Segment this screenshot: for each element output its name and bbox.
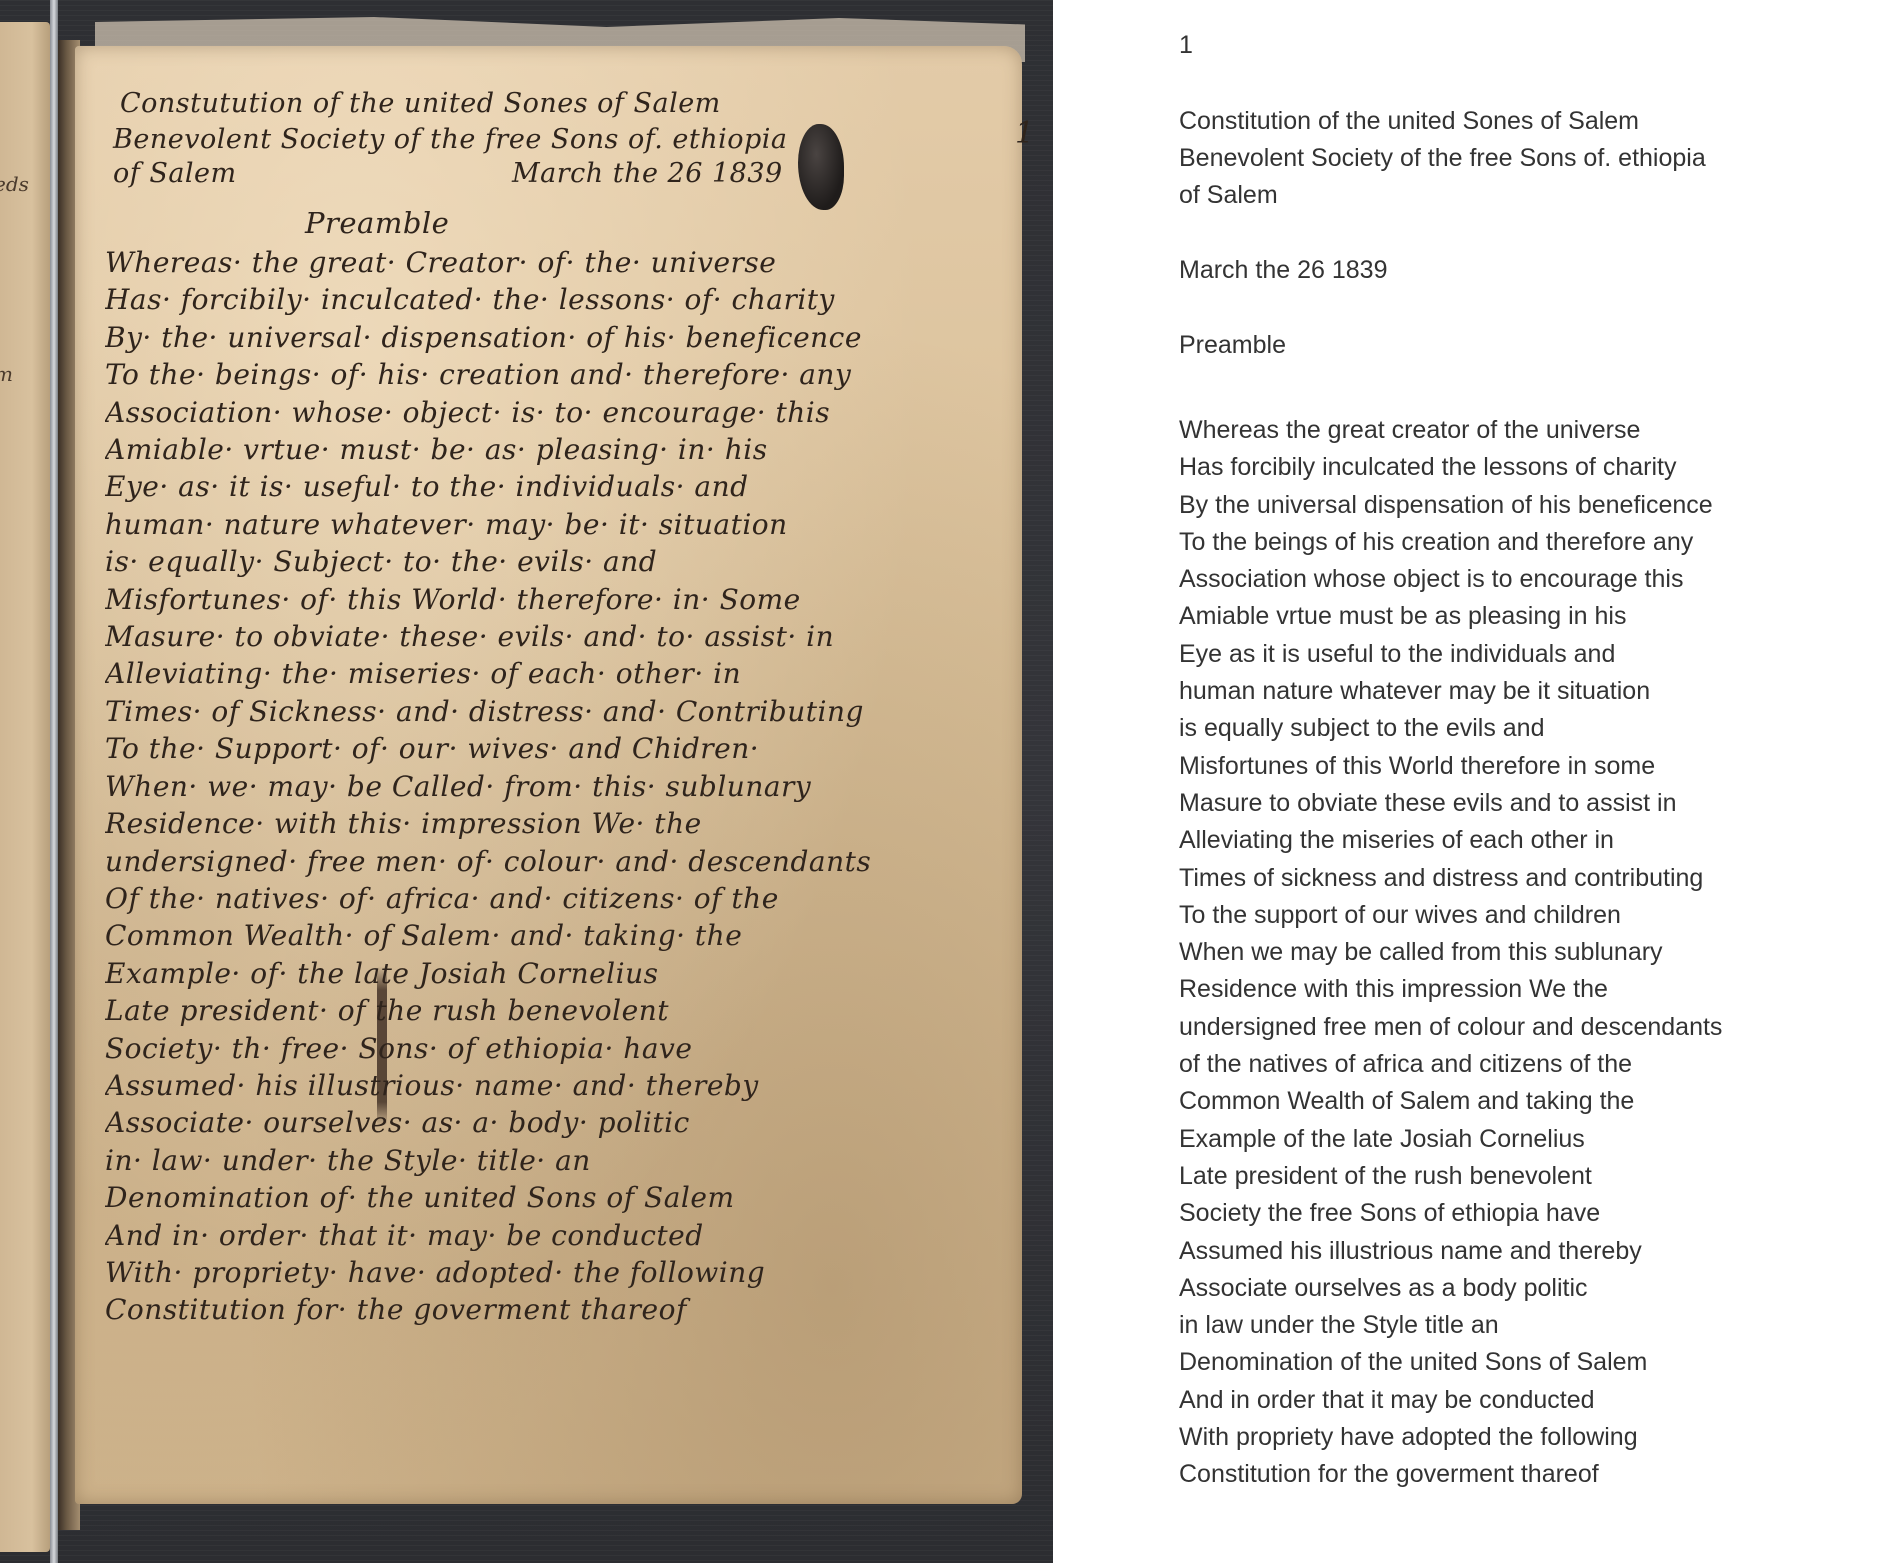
manuscript-line: is· equally· Subject· to· the· evils· an… [105, 543, 1005, 580]
transcription-line: Assumed his illustrious name and thereby [1179, 1233, 1722, 1270]
manuscript-heading-line: Benevolent Society of the free Sons of. … [113, 124, 788, 155]
manuscript-line: When· we· may· be Called· from· this· su… [105, 768, 1005, 805]
transcription-line: And in order that it may be conducted [1179, 1382, 1722, 1419]
manuscript-line: Society· th· free· Sons· of ethiopia· ha… [105, 1030, 1005, 1067]
facing-page-edge: eds m [0, 22, 50, 1552]
transcription-line: To the beings of his creation and theref… [1179, 524, 1722, 561]
transcription-title-line: of Salem [1179, 177, 1278, 214]
transcription-line: To the support of our wives and children [1179, 897, 1722, 934]
manuscript-page-number: 1 [1015, 116, 1035, 151]
transcription-line: Association whose object is to encourage… [1179, 561, 1722, 598]
manuscript-line: Has· forcibily· inculcated· the· lessons… [105, 281, 1005, 318]
manuscript-line: Of the· natives· of· africa· and· citize… [105, 880, 1005, 917]
manuscript-line: Common Wealth· of Salem· and· taking· th… [105, 917, 1005, 954]
transcription-line: Denomination of the united Sons of Salem [1179, 1344, 1722, 1381]
transcription-line: Whereas the great creator of the univers… [1179, 412, 1722, 449]
transcription-title-line: Benevolent Society of the free Sons of. … [1179, 140, 1706, 177]
manuscript-page: 1 Constutution of the united Sones of Sa… [75, 46, 1022, 1504]
binding-rod [50, 0, 58, 1563]
transcription-line: With propriety have adopted the followin… [1179, 1419, 1722, 1456]
manuscript-line: To the· beings· of· his· creation and· t… [105, 356, 1005, 393]
manuscript-line: Constitution for· the goverment thareof [105, 1291, 1005, 1328]
manuscript-line: Misfortunes· of· this World· therefore· … [105, 581, 1005, 618]
manuscript-line: human· nature whatever· may· be· it· sit… [105, 506, 1005, 543]
transcription-line: in law under the Style title an [1179, 1307, 1722, 1344]
manuscript-line: Masure· to obviate· these· evils· and· t… [105, 618, 1005, 655]
wax-seal [798, 124, 844, 210]
transcription-line: Has forcibily inculcated the lessons of … [1179, 449, 1722, 486]
transcription-line: undersigned free men of colour and desce… [1179, 1009, 1722, 1046]
transcription-body: Whereas the great creator of the univers… [1179, 412, 1722, 1494]
transcription-section-heading: Preamble [1179, 327, 1286, 364]
transcription-line: Common Wealth of Salem and taking the [1179, 1083, 1722, 1120]
manuscript-body: Whereas· the great· Creator· of· the· un… [105, 244, 1005, 1329]
transcription-line: Amiable vrtue must be as pleasing in his [1179, 598, 1722, 635]
manuscript-line: Eye· as· it is· useful· to the· individu… [105, 468, 1005, 505]
transcription-line: is equally subject to the evils and [1179, 710, 1722, 747]
transcription-date: March the 26 1839 [1179, 252, 1387, 289]
manuscript-line: in· law· under· the Style· title· an [105, 1142, 1005, 1179]
manuscript-heading-line: Constutution of the united Sones of Sale… [120, 88, 721, 119]
transcription-title-line: Constitution of the united Sones of Sale… [1179, 103, 1639, 140]
transcription-line: Alleviating the miseries of each other i… [1179, 822, 1722, 859]
transcription-line: Society the free Sons of ethiopia have [1179, 1195, 1722, 1232]
transcription-line: Associate ourselves as a body politic [1179, 1270, 1722, 1307]
facing-page-fragment: eds [0, 172, 29, 196]
transcription-line: Late president of the rush benevolent [1179, 1158, 1722, 1195]
manuscript-line: And in· order· that it· may· be conducte… [105, 1217, 1005, 1254]
manuscript-preamble-heading: Preamble [305, 206, 449, 240]
manuscript-line: Associate· ourselves· as· a· body· polit… [105, 1104, 1005, 1141]
manuscript-scan: eds m 1 Constutution of the united Sones… [0, 0, 1053, 1563]
manuscript-line: Assumed· his illustrious· name· and· the… [105, 1067, 1005, 1104]
manuscript-line: Times· of Sickness· and· distress· and· … [105, 693, 1005, 730]
manuscript-line: Alleviating· the· miseries· of each· oth… [105, 655, 1005, 692]
manuscript-line: To the· Support· of· our· wives· and Chi… [105, 730, 1005, 767]
transcription-line: of the natives of africa and citizens of… [1179, 1046, 1722, 1083]
manuscript-line: Whereas· the great· Creator· of· the· un… [105, 244, 1005, 281]
transcription-line: By the universal dispensation of his ben… [1179, 487, 1722, 524]
manuscript-line: undersigned· free men· of· colour· and· … [105, 843, 1005, 880]
transcription-line: Example of the late Josiah Cornelius [1179, 1121, 1722, 1158]
manuscript-line: Amiable· vrtue· must· be· as· pleasing· … [105, 431, 1005, 468]
manuscript-line: Denomination of· the united Sons of Sale… [105, 1179, 1005, 1216]
transcription-line: Eye as it is useful to the individuals a… [1179, 636, 1722, 673]
manuscript-line: Example· of· the late Josiah Cornelius [105, 955, 1005, 992]
manuscript-line: By· the· universal· dispensation· of his… [105, 319, 1005, 356]
manuscript-date: March the 26 1839 [512, 158, 783, 189]
transcription-line: When we may be called from this sublunar… [1179, 934, 1722, 971]
facing-page-fragment: m [0, 362, 13, 386]
manuscript-line: Late president· of the rush benevolent [105, 992, 1005, 1029]
transcription-line: Misfortunes of this World therefore in s… [1179, 748, 1722, 785]
transcription-line: Residence with this impression We the [1179, 971, 1722, 1008]
manuscript-line: Association· whose· object· is· to· enco… [105, 394, 1005, 431]
transcription-page-number: 1 [1179, 27, 1193, 64]
transcription-line: Constitution for the goverment thareof [1179, 1456, 1722, 1493]
transcription-line: human nature whatever may be it situatio… [1179, 673, 1722, 710]
manuscript-line: With· propriety· have· adopted· the foll… [105, 1254, 1005, 1291]
manuscript-line: Residence· with this· impression We· the [105, 805, 1005, 842]
manuscript-heading-line: of Salem [113, 158, 237, 189]
transcription-line: Masure to obviate these evils and to ass… [1179, 785, 1722, 822]
transcription-line: Times of sickness and distress and contr… [1179, 860, 1722, 897]
